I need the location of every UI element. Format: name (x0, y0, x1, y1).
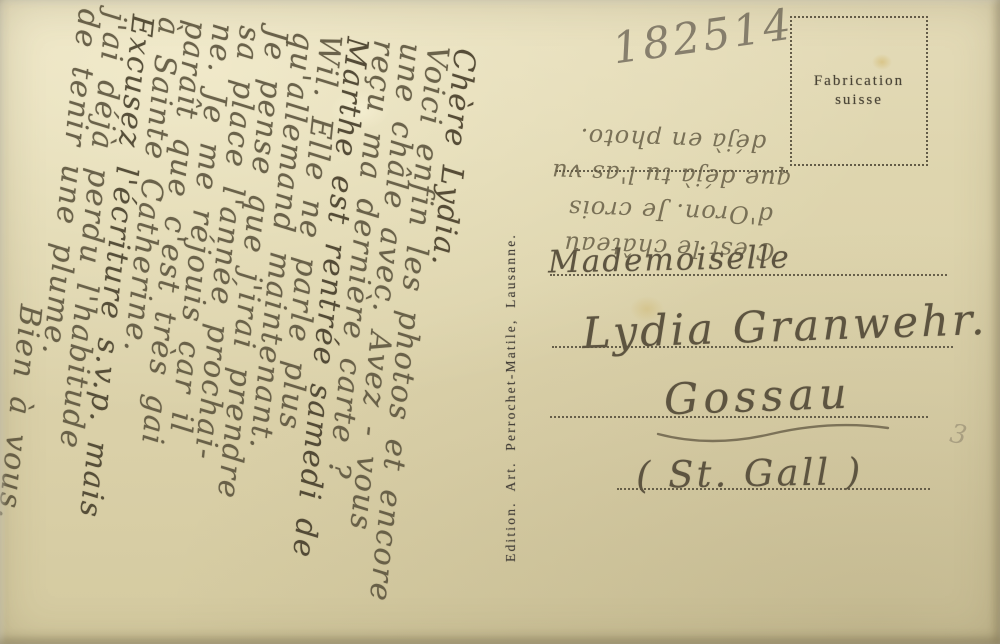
publisher-imprint: Edition. Art. Perrochet-Matile, Lausanne… (503, 233, 519, 562)
postcard-back: 182514 Fabrication suisse C'est le châte… (0, 0, 1000, 644)
town-underline-flourish (656, 418, 892, 452)
pencil-inventory-number: 182514 (609, 0, 796, 74)
address-salutation: Mademoiselle (548, 239, 792, 280)
address-name: Lydia Granwehr. (581, 295, 988, 359)
address-town: Gossau (663, 369, 852, 426)
stamp-box: Fabrication suisse (790, 16, 928, 166)
stamp-box-line1: Fabrication (814, 72, 904, 91)
faint-pencil-mark: 3 (948, 419, 970, 451)
handwritten-message: Chère Lydia. Voici enfin les photos et e… (0, 0, 478, 644)
address-region: ( St. Gall ) (636, 450, 864, 497)
stamp-box-line2: suisse (835, 91, 883, 110)
